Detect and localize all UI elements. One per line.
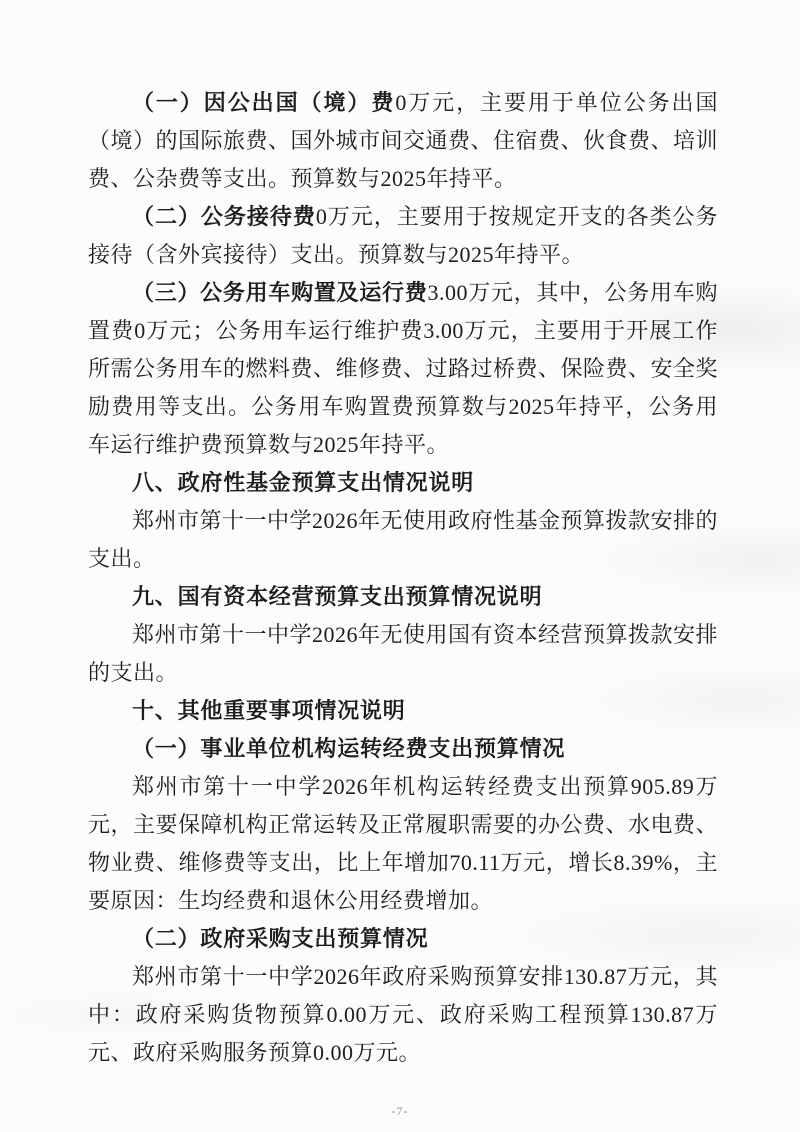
text-run: 十、其他重要事项情况说明: [132, 698, 406, 723]
text-run: （二）公务接待费: [132, 204, 316, 229]
paragraph: 郑州市第十一中学2026年无使用政府性基金预算拨款安排的支出。: [88, 502, 718, 578]
paragraph: 郑州市第十一中学2026年无使用国有资本经营预算拨款安排的支出。: [88, 616, 718, 692]
text-run: 3.00万元，其中，公务用车购置费0万元；公务用车运行维护费3.00万元，主要用…: [88, 280, 718, 457]
document-body: （一）因公出国（境）费0万元，主要用于单位公务出国（境）的国际旅费、国外城市间交…: [88, 84, 718, 1072]
section-heading: 九、国有资本经营预算支出预算情况说明: [88, 578, 718, 616]
text-run: 郑州市第十一中学2026年机构运转经费支出预算905.89万元，主要保障机构正常…: [88, 774, 718, 913]
document-page: （一）因公出国（境）费0万元，主要用于单位公务出国（境）的国际旅费、国外城市间交…: [0, 0, 800, 1132]
text-run: （三）公务用车购置及运行费: [132, 280, 427, 305]
text-run: 九、国有资本经营预算支出预算情况说明: [132, 584, 542, 609]
text-run: 郑州市第十一中学2026年政府采购预算安排130.87万元，其中：政府采购货物预…: [88, 964, 718, 1065]
text-run: （一）事业单位机构运转经费支出预算情况: [132, 736, 565, 761]
paragraph: （二）公务接待费0万元，主要用于按规定开支的各类公务接待（含外宾接待）支出。预算…: [88, 198, 718, 274]
text-run: 八、政府性基金预算支出情况说明: [132, 470, 474, 495]
section-heading: 十、其他重要事项情况说明: [88, 692, 718, 730]
text-run: （二）政府采购支出预算情况: [132, 926, 428, 951]
text-run: 郑州市第十一中学2026年无使用政府性基金预算拨款安排的支出。: [88, 508, 718, 571]
section-heading: （一）事业单位机构运转经费支出预算情况: [88, 730, 718, 768]
text-run: （一）因公出国（境）费: [132, 90, 395, 115]
page-footer: -7-: [0, 1102, 800, 1120]
paragraph: 郑州市第十一中学2026年机构运转经费支出预算905.89万元，主要保障机构正常…: [88, 768, 718, 920]
paragraph: （一）因公出国（境）费0万元，主要用于单位公务出国（境）的国际旅费、国外城市间交…: [88, 84, 718, 198]
section-heading: （二）政府采购支出预算情况: [88, 920, 718, 958]
section-heading: 八、政府性基金预算支出情况说明: [88, 464, 718, 502]
paragraph: 郑州市第十一中学2026年政府采购预算安排130.87万元，其中：政府采购货物预…: [88, 958, 718, 1072]
page-number: -7-: [392, 1104, 409, 1119]
paragraph: （三）公务用车购置及运行费3.00万元，其中，公务用车购置费0万元；公务用车运行…: [88, 274, 718, 464]
text-run: 郑州市第十一中学2026年无使用国有资本经营预算拨款安排的支出。: [88, 622, 718, 685]
